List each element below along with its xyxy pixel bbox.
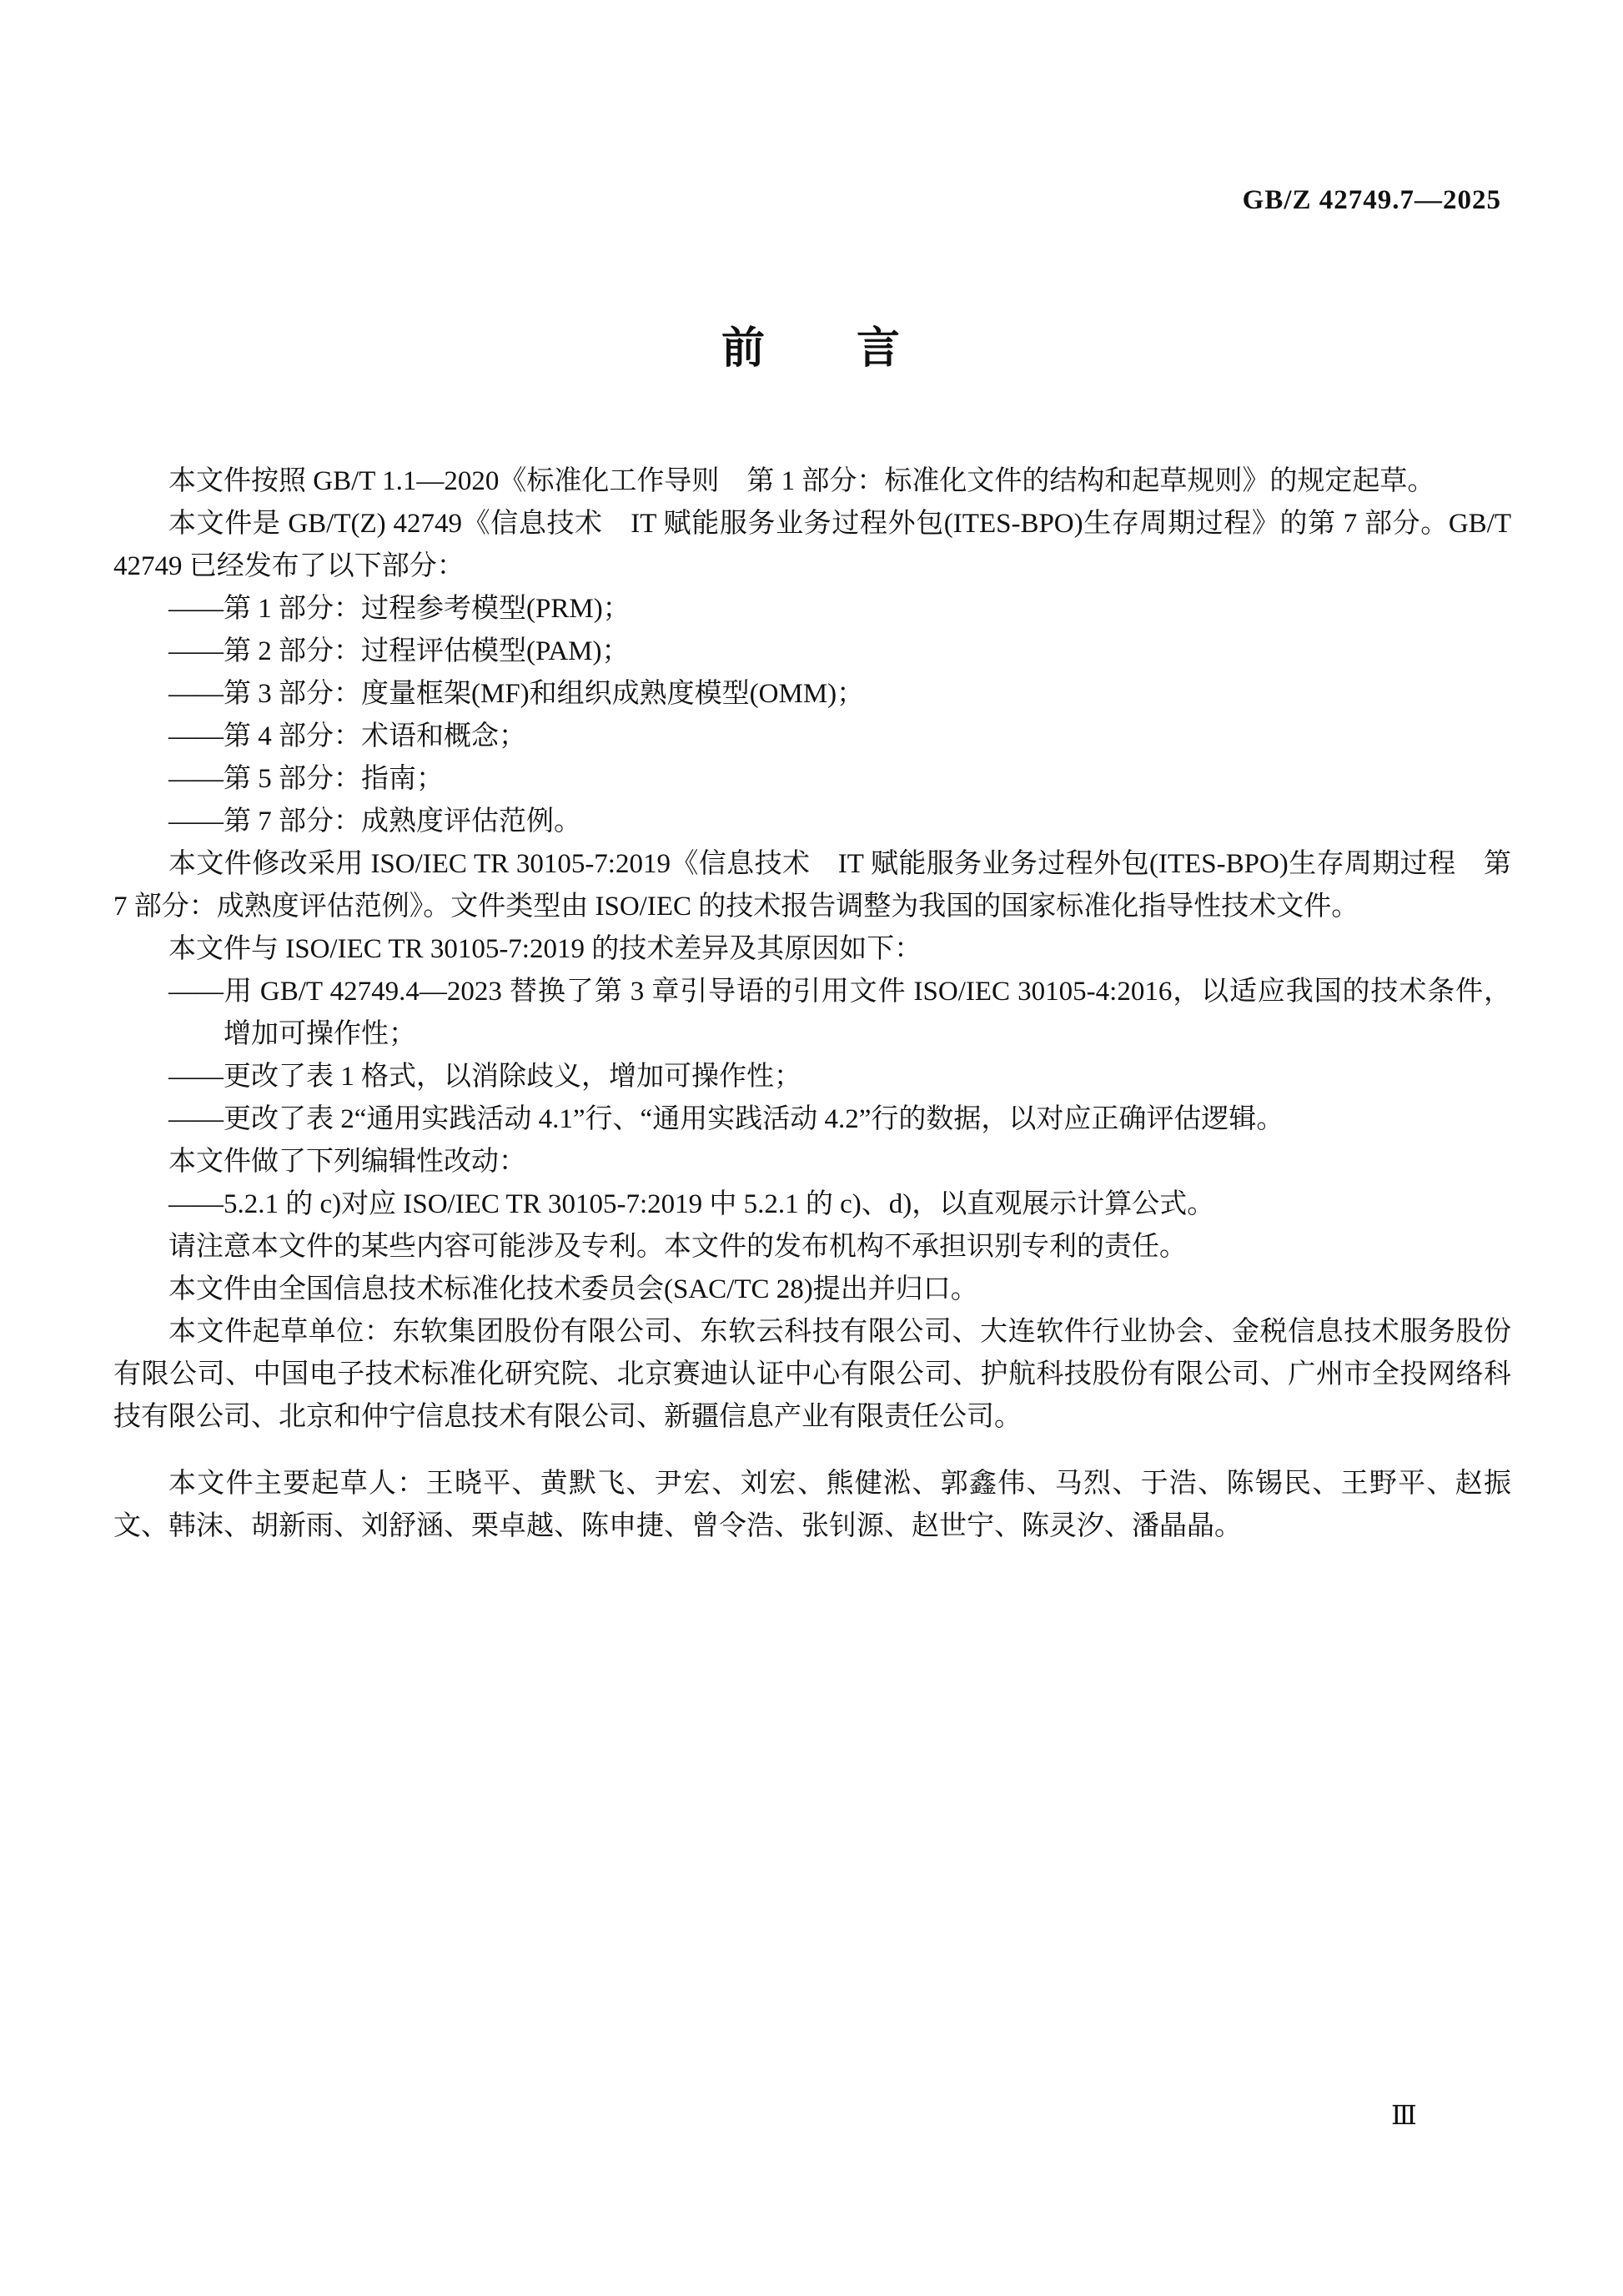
dash-list-item: ——更改了表 1 格式，以消除歧义，增加可操作性； (224, 1056, 1511, 1098)
dash-list-item: ——第 4 部分：术语和概念； (224, 716, 1511, 758)
paragraph: 请注意本文件的某些内容可能涉及专利。本文件的发布机构不承担识别专利的责任。 (113, 1226, 1511, 1269)
dash-list-item: ——第 7 部分：成熟度评估范例。 (224, 801, 1511, 843)
dash-list-item: ——5.2.1 的 c)对应 ISO/IEC TR 30105-7:2019 中… (224, 1183, 1511, 1226)
paragraph: 本文件是 GB/T(Z) 42749《信息技术 IT 赋能服务业务过程外包(IT… (113, 503, 1511, 588)
paragraph: 本文件主要起草人：王晓平、黄默飞、尹宏、刘宏、熊健淞、郭鑫伟、马烈、于浩、陈锡民… (113, 1463, 1511, 1548)
standard-code: GB/Z 42749.7—2025 (1243, 185, 1501, 216)
dash-list-item: ——第 3 部分：度量框架(MF)和组织成熟度模型(OMM)； (224, 673, 1511, 716)
paragraph: 本文件与 ISO/IEC TR 30105-7:2019 的技术差异及其原因如下… (113, 928, 1511, 971)
paragraph: 本文件修改采用 ISO/IEC TR 30105-7:2019《信息技术 IT … (113, 843, 1511, 928)
dash-list-item: ——第 5 部分：指南； (224, 758, 1511, 801)
dash-list-item: ——更改了表 2“通用实践活动 4.1”行、“通用实践活动 4.2”行的数据，以… (224, 1098, 1511, 1141)
dash-list-item: ——第 2 部分：过程评估模型(PAM)； (224, 631, 1511, 673)
document-body: 本文件按照 GB/T 1.1—2020《标准化工作导则 第 1 部分：标准化文件… (113, 460, 1511, 1548)
dash-list-item: ——用 GB/T 42749.4—2023 替换了第 3 章引导语的引用文件 I… (224, 971, 1511, 1056)
paragraph: 本文件按照 GB/T 1.1—2020《标准化工作导则 第 1 部分：标准化文件… (113, 460, 1511, 503)
page-title: 前 言 (0, 324, 1623, 375)
document-page: GB/Z 42749.7—2025 前 言 本文件按照 GB/T 1.1—202… (0, 0, 1623, 2296)
paragraph: 本文件做了下列编辑性改动： (113, 1141, 1511, 1183)
paragraph: 本文件由全国信息技术标准化技术委员会(SAC/TC 28)提出并归口。 (113, 1269, 1511, 1311)
dash-list-item: ——第 1 部分：过程参考模型(PRM)； (224, 588, 1511, 631)
paragraph: 本文件起草单位：东软集团股份有限公司、东软云科技有限公司、大连软件行业协会、金税… (113, 1311, 1511, 1439)
page-number: Ⅲ (1391, 2100, 1417, 2130)
